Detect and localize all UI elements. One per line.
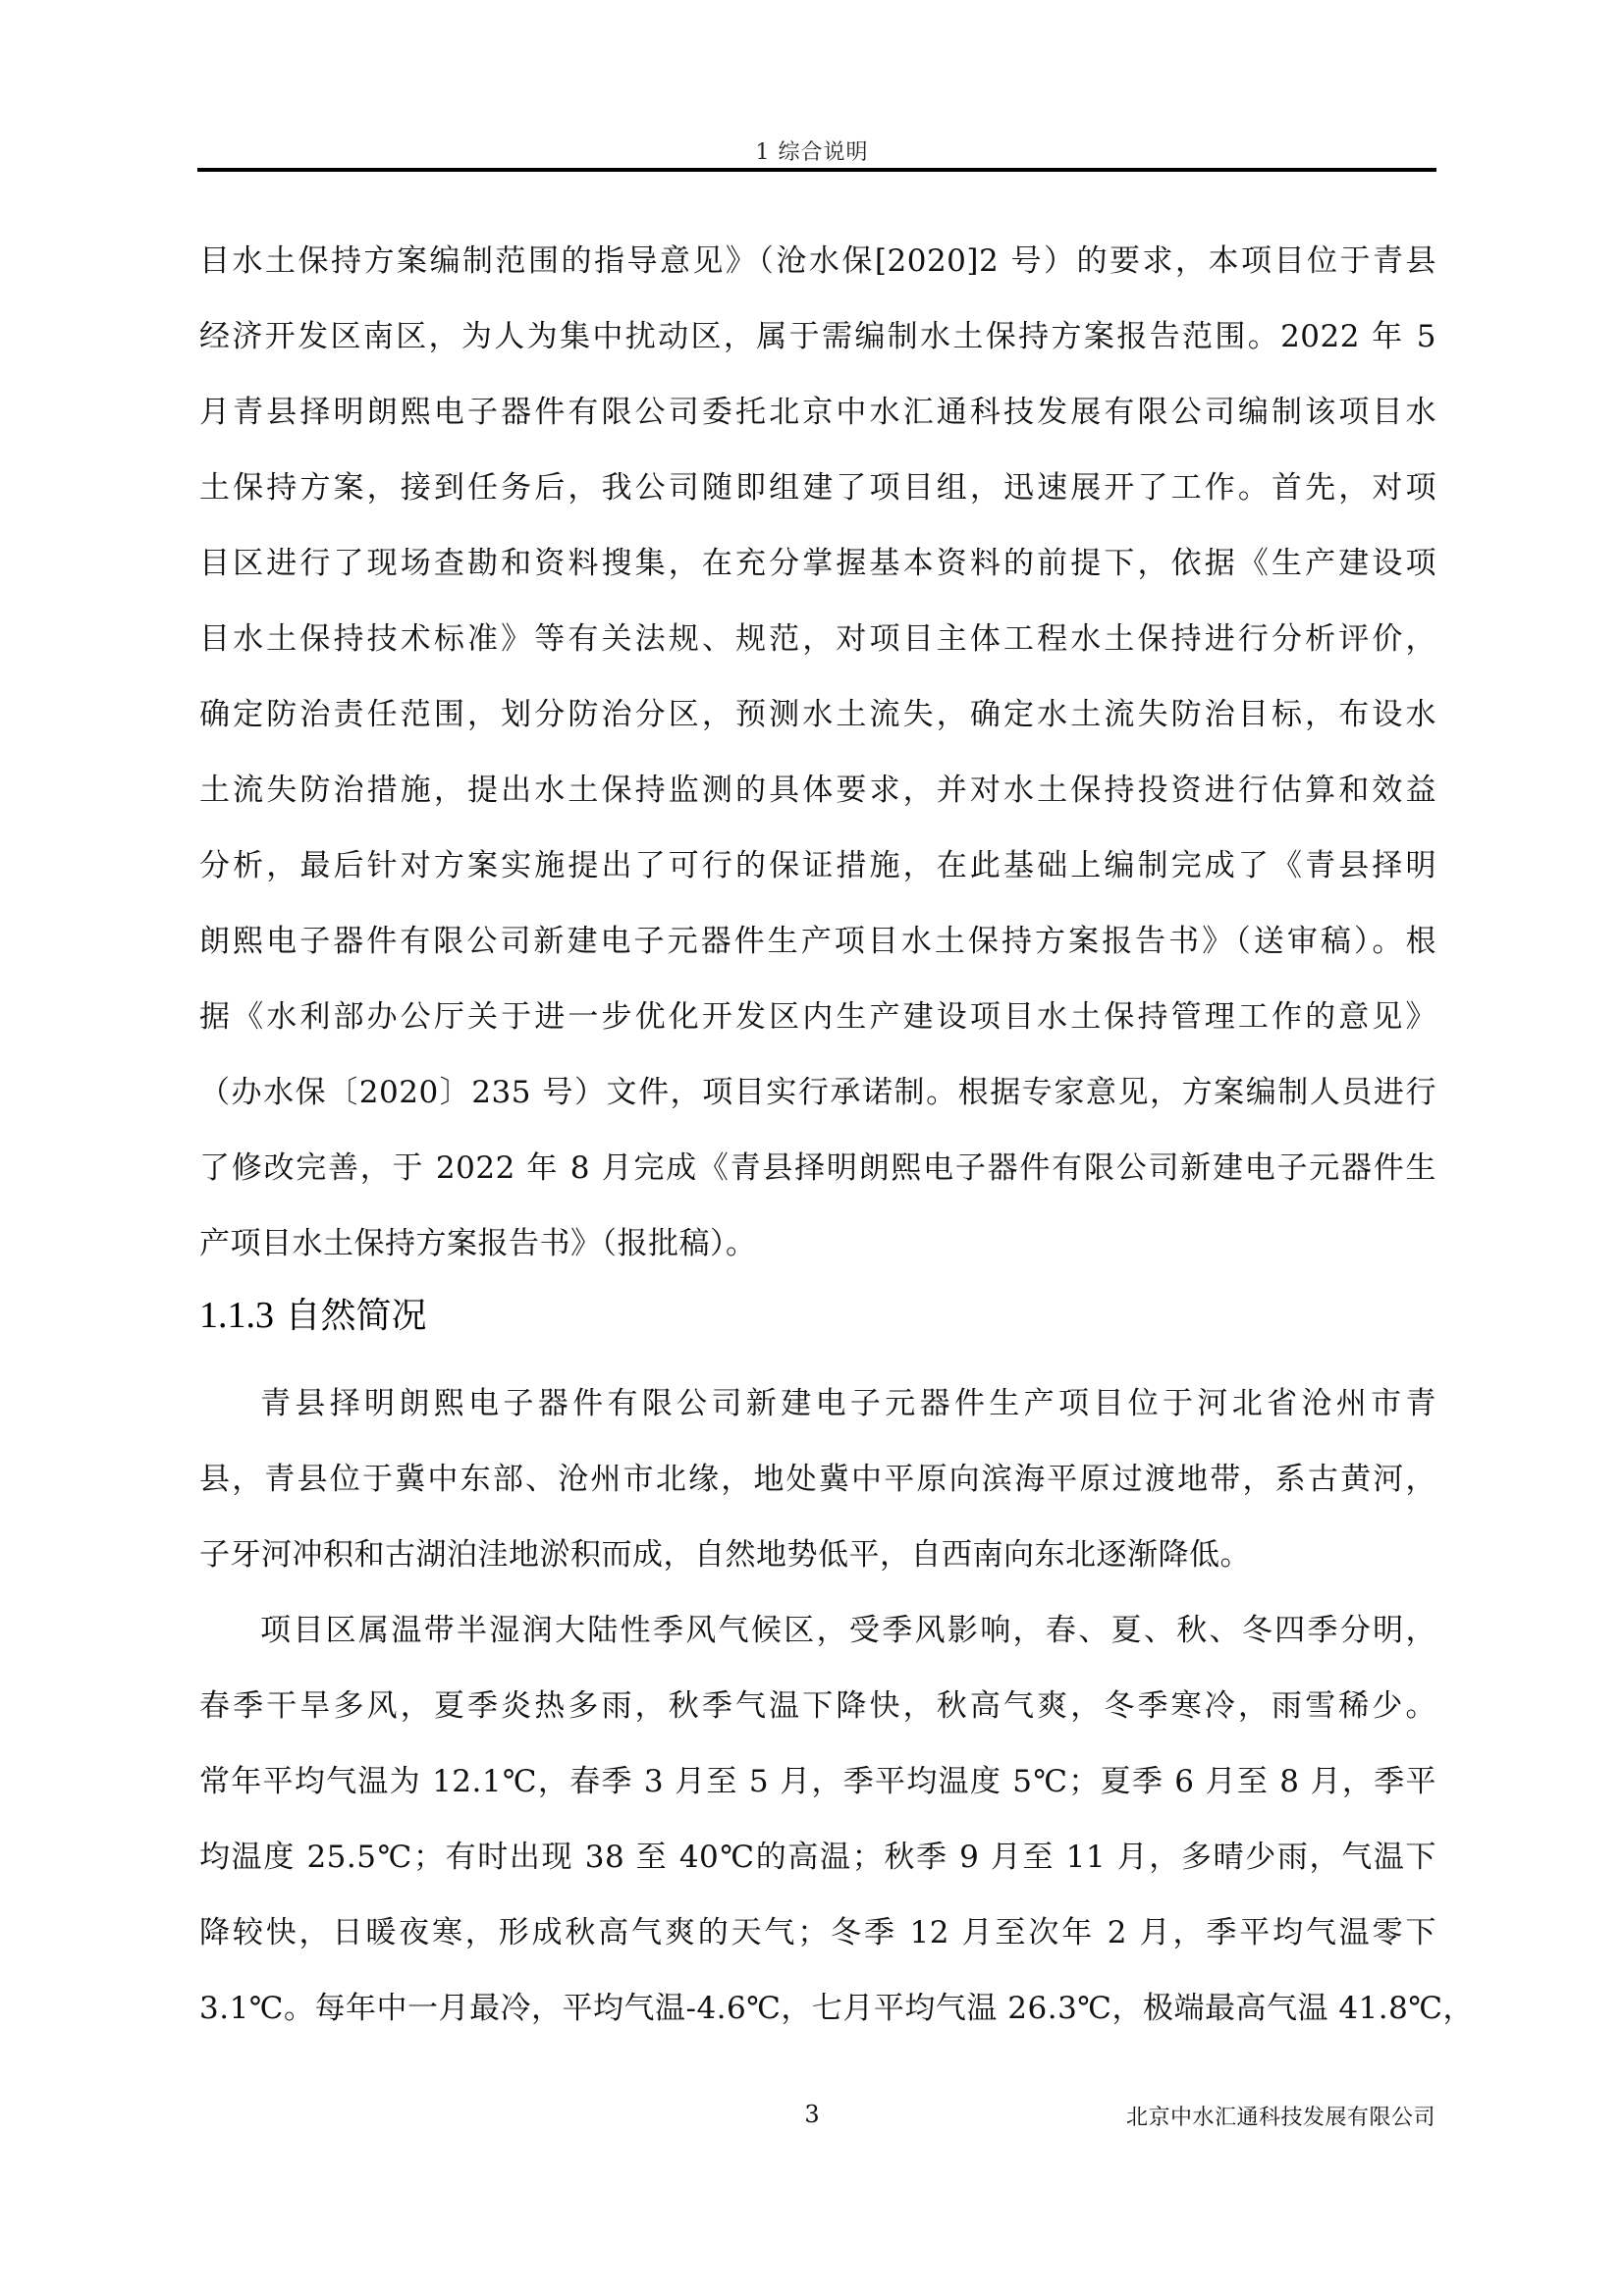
paragraph-climate: 项目区属温带半湿润大陆性季风气候区，受季风影响，春、夏、秋、冬四季分明， 春季干… [199,1593,1436,2047]
footer-company-name: 北京中水汇通科技发展有限公司 [1126,2101,1435,2131]
section-title: 自然简况 [285,1296,426,1336]
paragraph-project-background: 目水土保持方案编制范围的指导意见》（沧水保[2020]2 号）的要求，本项目位于… [199,224,1436,1282]
text-line: （办水保〔2020〕235 号）文件，项目实行承诺制。根据专家意见，方案编制人员… [199,1055,1436,1131]
text-line: 项目区属温带半湿润大陆性季风气候区，受季风影响，春、夏、秋、冬四季分明， [199,1593,1436,1669]
text-line: 分析，最后针对方案实施提出了可行的保证措施，在此基础上编制完成了《青县择明 [199,828,1436,904]
running-header-title: 1 综合说明 [0,135,1624,166]
section-body: 青县择明朗熙电子器件有限公司新建电子元器件生产项目位于河北省沧州市青 县，青县位… [199,1366,1436,2047]
section-number: 1.1.3 [199,1295,274,1336]
text-line: 县，青县位于冀中东部、沧州市北缘，地处冀中平原向滨海平原过渡地带，系古黄河， [199,1442,1436,1518]
text-line: 确定防治责任范围，划分防治分区，预测水土流失，确定水土流失防治目标，布设水 [199,677,1436,753]
document-page: 1 综合说明 目水土保持方案编制范围的指导意见》（沧水保[2020]2 号）的要… [0,0,1624,2296]
text-line: 土保持方案，接到任务后，我公司随即组建了项目组，迅速展开了工作。首先，对项 [199,451,1436,526]
section-heading: 1.1.3 自然简况 [199,1286,426,1346]
header-divider [197,168,1436,172]
text-line: 目区进行了现场查勘和资料搜集，在充分掌握基本资料的前提下，依据《生产建设项 [199,526,1436,602]
text-line: 均温度 25.5℃；有时出现 38 至 40℃的高温；秋季 9 月至 11 月，… [199,1820,1436,1896]
text-line: 产项目水土保持方案报告书》（报批稿）。 [199,1206,1436,1282]
text-line: 目水土保持技术标准》等有关法规、规范，对项目主体工程水土保持进行分析评价， [199,602,1436,677]
text-line: 春季干旱多风，夏季炎热多雨，秋季气温下降快，秋高气爽，冬季寒冷，雨雪稀少。 [199,1669,1436,1744]
text-line: 青县择明朗熙电子器件有限公司新建电子元器件生产项目位于河北省沧州市青 [199,1366,1436,1442]
text-line: 常年平均气温为 12.1℃，春季 3 月至 5 月，季平均温度 5℃；夏季 6 … [199,1744,1436,1820]
text-line: 3.1℃。每年中一月最冷，平均气温-4.6℃，七月平均气温 26.3℃，极端最高… [199,1971,1436,2047]
text-line: 子牙河冲积和古湖泊洼地淤积而成，自然地势低平，自西南向东北逐渐降低。 [199,1518,1436,1593]
text-line: 目水土保持方案编制范围的指导意见》（沧水保[2020]2 号）的要求，本项目位于… [199,224,1436,299]
paragraph-location: 青县择明朗熙电子器件有限公司新建电子元器件生产项目位于河北省沧州市青 县，青县位… [199,1366,1436,1593]
text-line: 朗熙电子器件有限公司新建电子元器件生产项目水土保持方案报告书》（送审稿）。根 [199,904,1436,980]
text-line: 土流失防治措施，提出水土保持监测的具体要求，并对水土保持投资进行估算和效益 [199,753,1436,828]
text-line: 据《水利部办公厅关于进一步优化开发区内生产建设项目水土保持管理工作的意见》 [199,980,1436,1055]
text-line: 降较快，日暖夜寒，形成秋高气爽的天气；冬季 12 月至次年 2 月，季平均气温零… [199,1896,1436,1971]
text-line: 月青县择明朗熙电子器件有限公司委托北京中水汇通科技发展有限公司编制该项目水 [199,375,1436,451]
text-line: 经济开发区南区，为人为集中扰动区，属于需编制水土保持方案报告范围。2022 年 … [199,299,1436,375]
text-line: 了修改完善，于 2022 年 8 月完成《青县择明朗熙电子器件有限公司新建电子元… [199,1131,1436,1206]
